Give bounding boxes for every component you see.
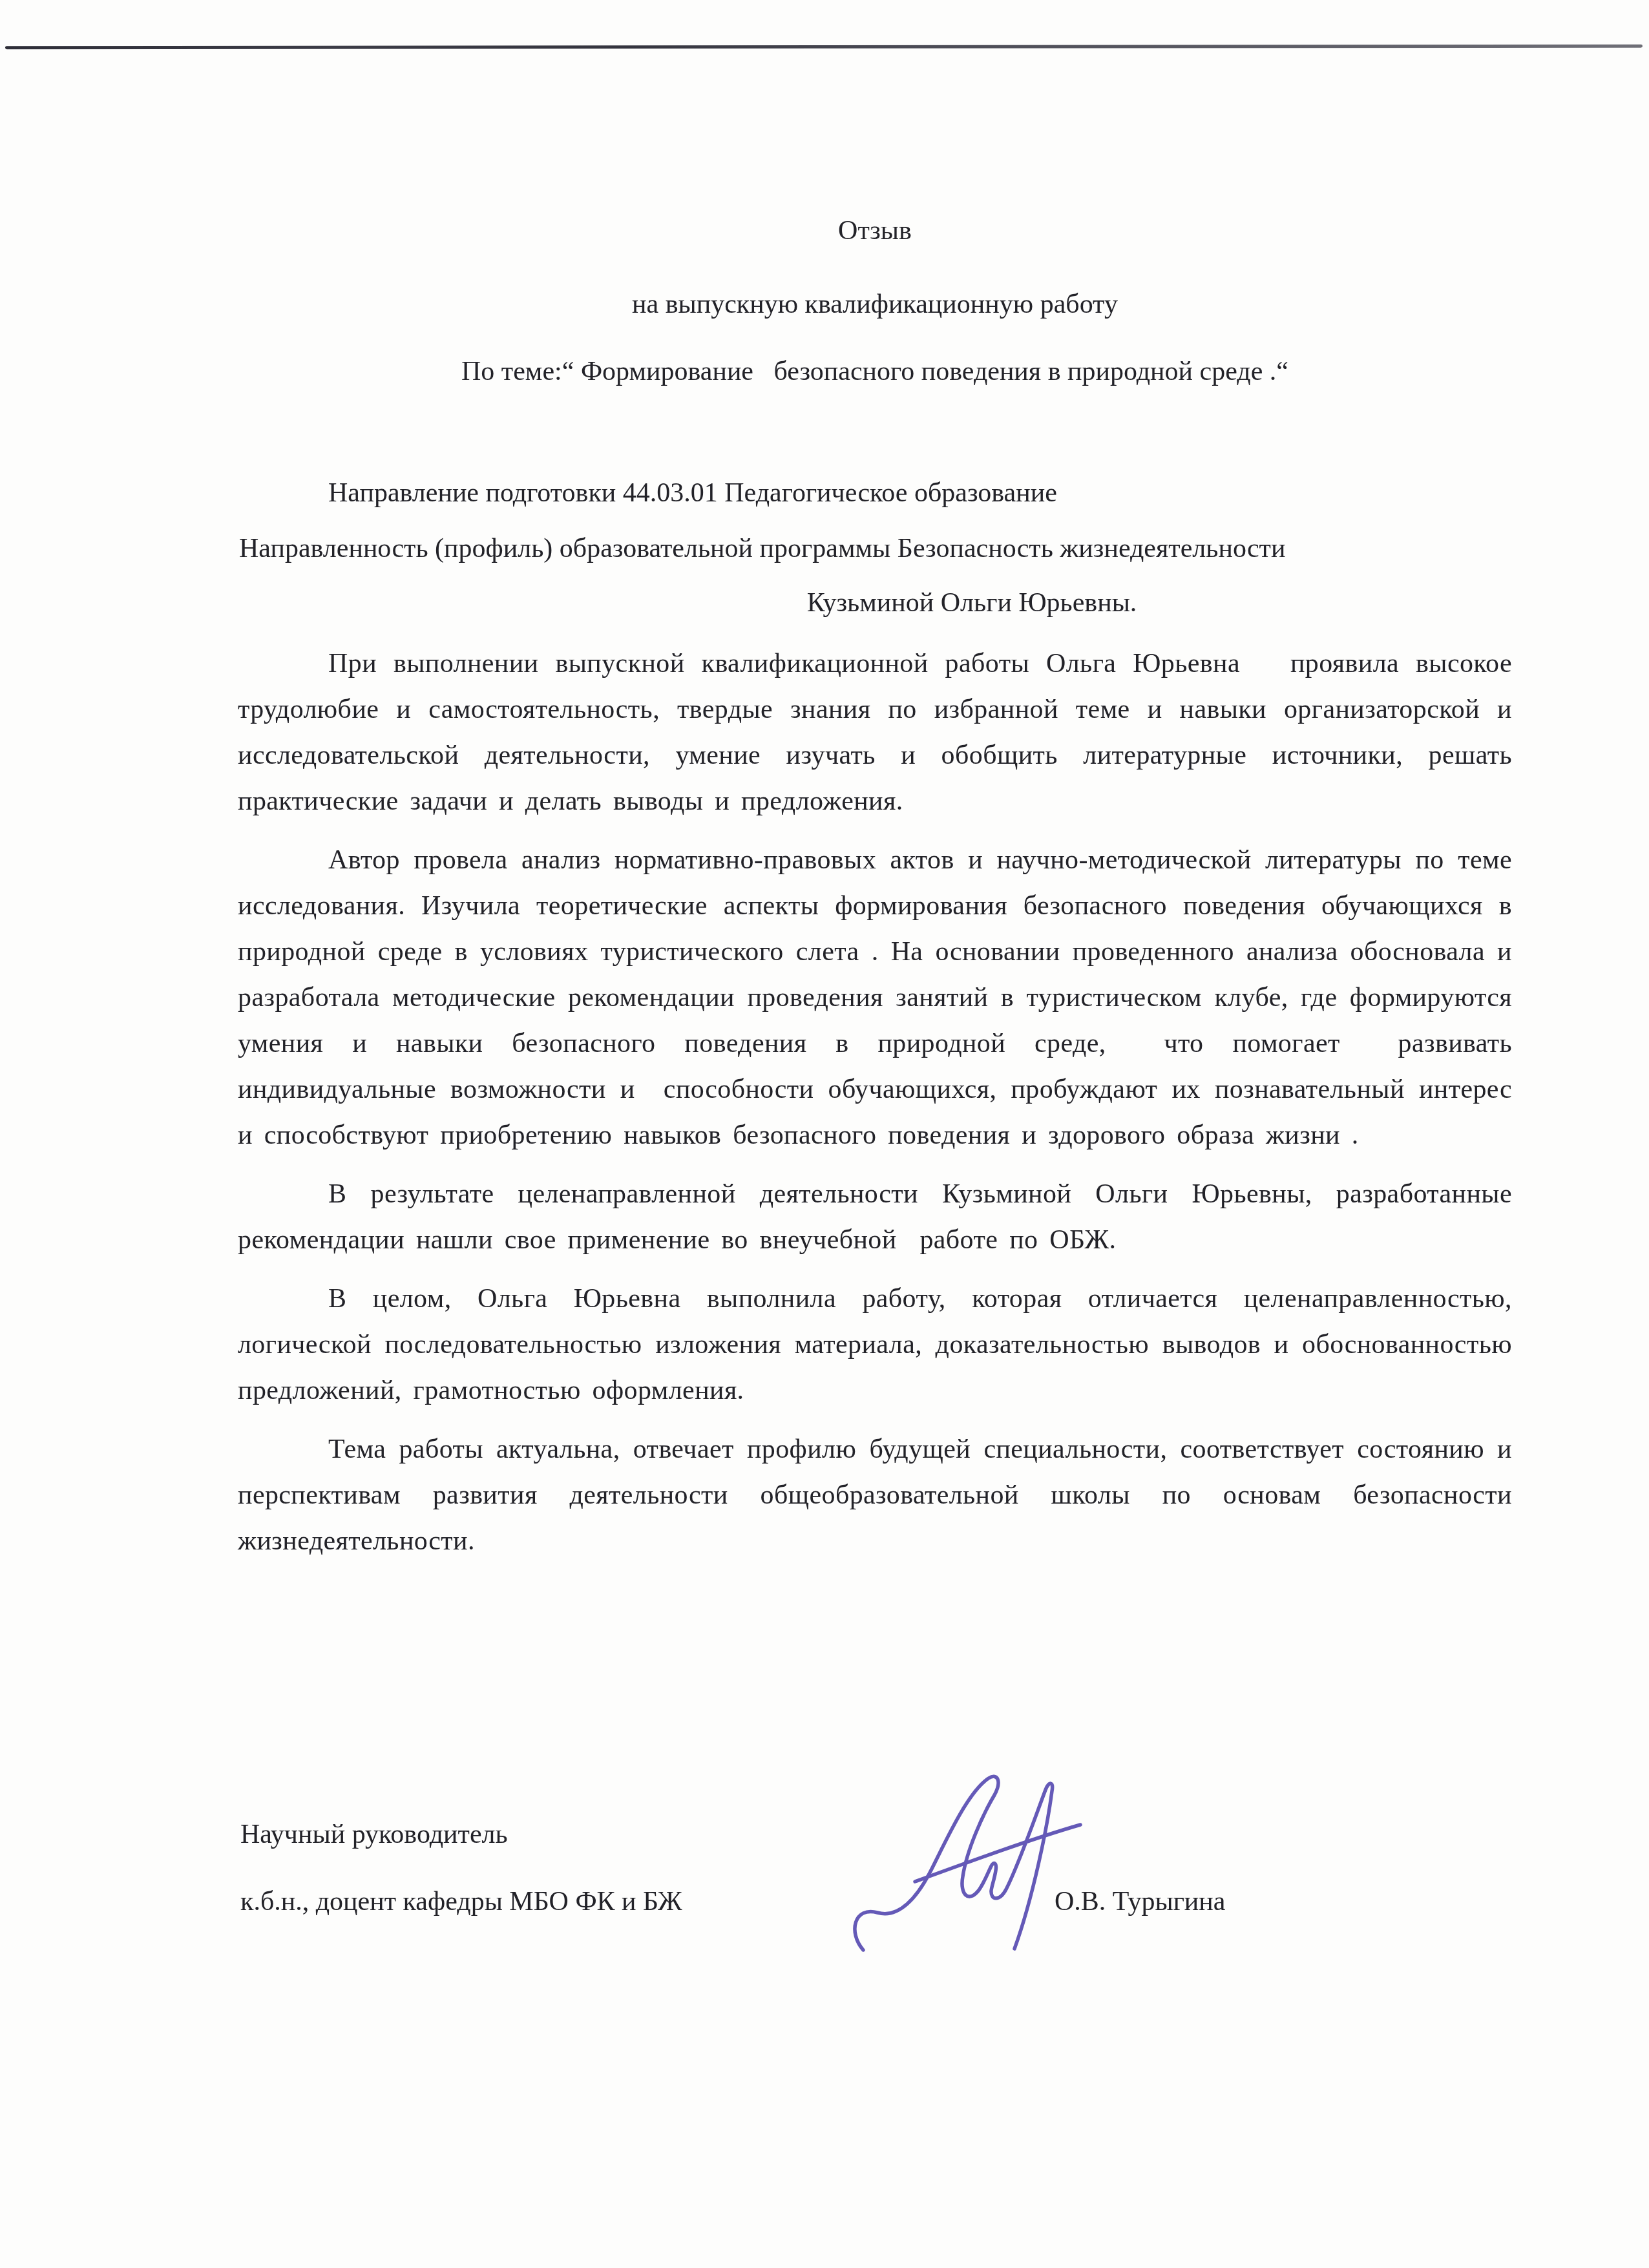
document-topic: По теме:“ Формирование безопасного повед…	[238, 349, 1512, 395]
paragraph-2: Автор провела анализ нормативно-правовых…	[238, 837, 1512, 1159]
document-title: Отзыв	[238, 208, 1512, 254]
review-body: При выполнении выпускной квалификационно…	[238, 641, 1512, 1577]
paragraph-5: Тема работы актуальна, отвечает профилю …	[238, 1427, 1512, 1564]
document-subtitle: на выпускную квалификационную работу	[238, 282, 1512, 328]
paragraph-3: В результате целенаправленной деятельнос…	[238, 1171, 1512, 1263]
handwritten-signature	[839, 1752, 1097, 1977]
supervisor-degree-label: к.б.н., доцент кафедры МБО ФК и БЖ	[240, 1884, 682, 1919]
program-profile: Направленность (профиль) образовательной…	[239, 526, 1285, 572]
paragraph-1: При выполнении выпускной квалификационно…	[238, 641, 1512, 824]
student-name: Кузьминой Ольги Юрьевны.	[335, 580, 1609, 626]
paragraph-4: В целом, Ольга Юрьевна выполнила работу,…	[238, 1276, 1512, 1414]
program-direction: Направление подготовки 44.03.01 Педагоги…	[328, 470, 1057, 516]
document-page: Отзыв на выпускную квалификационную рабо…	[0, 0, 1649, 2268]
supervisor-role-label: Научный руководитель	[240, 1817, 508, 1852]
scan-artifact-line	[5, 45, 1643, 50]
